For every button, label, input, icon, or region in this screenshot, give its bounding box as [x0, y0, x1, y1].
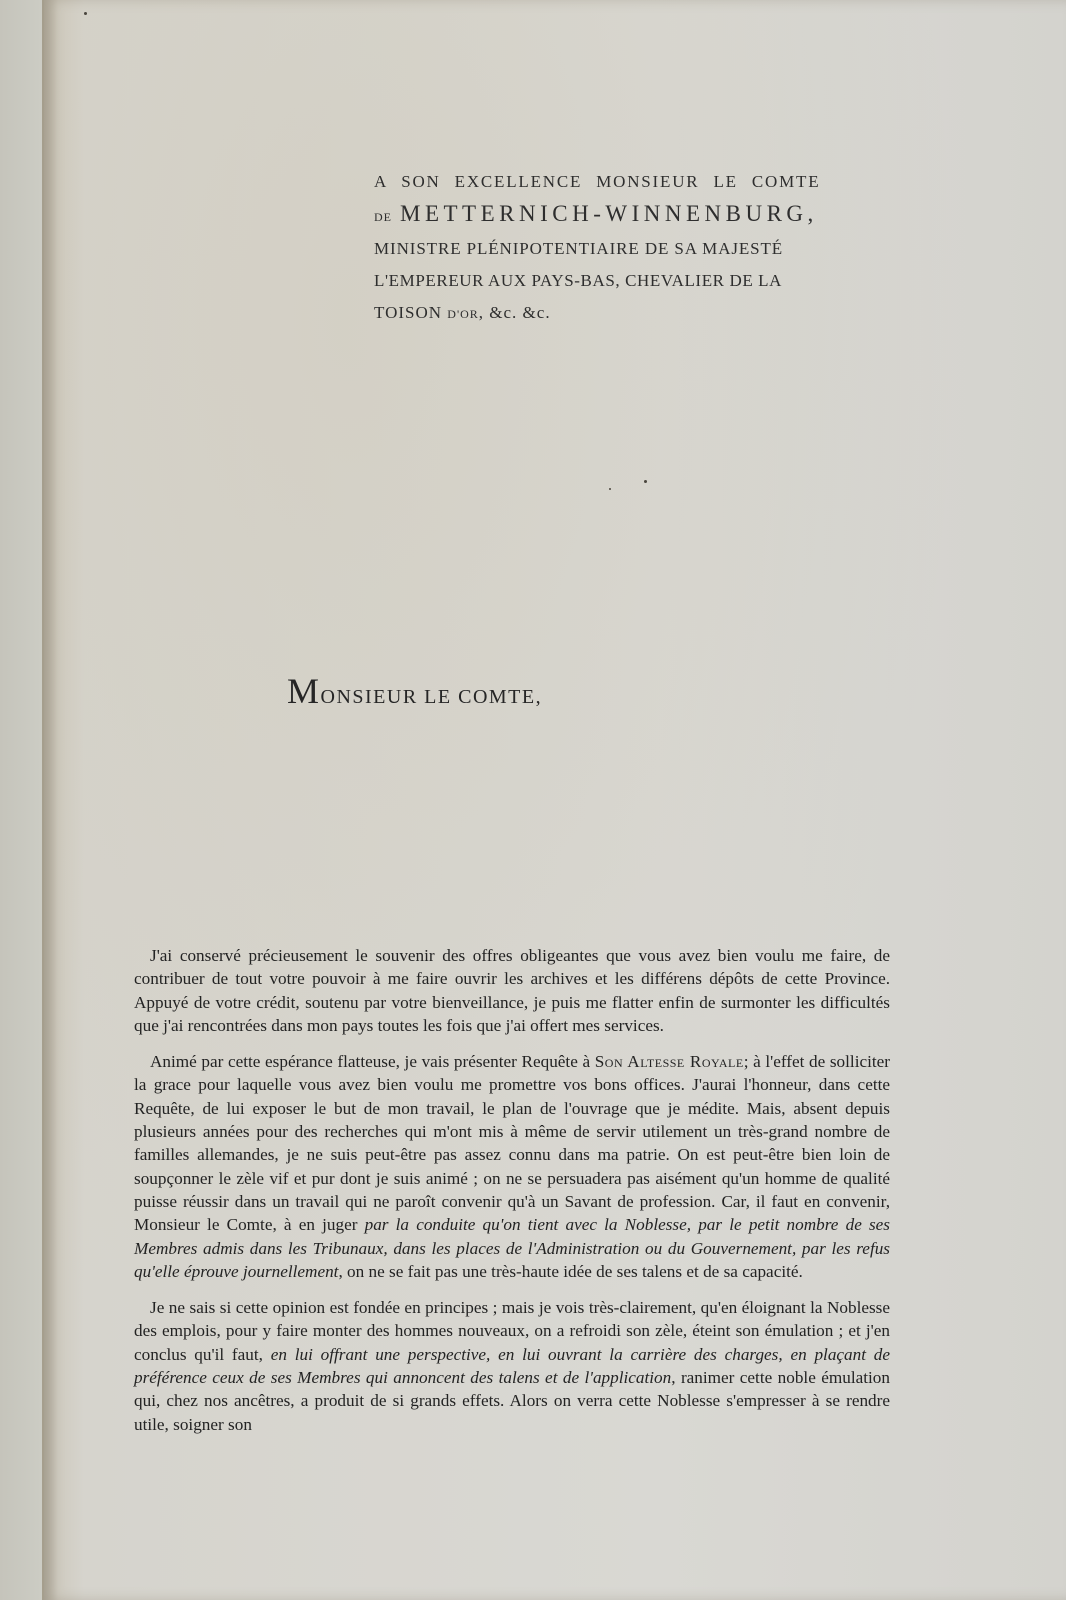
paragraph-2-text-a: Animé par cette espérance flatteuse, je …	[150, 1052, 595, 1071]
salutation: MONSIEUR LE COMTE,	[287, 670, 542, 712]
letter-body: J'ai conservé précieusement le souvenir …	[134, 944, 890, 1449]
paragraph-2-smallcaps: Son Altesse Royale	[595, 1052, 744, 1071]
paragraph-3: Je ne sais si cette opinion est fondée e…	[134, 1296, 890, 1436]
salutation-rest: ONSIEUR LE COMTE,	[321, 686, 543, 708]
heading-name: METTERNICH-WINNENBURG,	[400, 201, 818, 226]
dedication-heading: A SON EXCELLENCE MONSIEUR LE COMTE DEMET…	[374, 166, 894, 330]
heading-dor: D'OR	[447, 307, 479, 321]
heading-line-1: A SON EXCELLENCE MONSIEUR LE COMTE	[374, 166, 894, 198]
heading-etc: , &c. &c.	[479, 303, 551, 322]
heading-toison: TOISON	[374, 303, 442, 322]
salutation-initial: M	[287, 671, 321, 711]
paragraph-2: Animé par cette espérance flatteuse, je …	[134, 1050, 890, 1283]
paragraph-1: J'ai conservé précieusement le souvenir …	[134, 944, 890, 1037]
paragraph-2-text-b: ; à l'effet de solliciter la grace pour …	[134, 1052, 890, 1234]
paper-speck	[609, 488, 611, 490]
paragraph-2-text-c: , on ne se fait pas une très-haute idée …	[338, 1262, 802, 1281]
heading-line-2: DEMETTERNICH-WINNENBURG,	[374, 198, 894, 233]
heading-line-3: MINISTRE PLÉNIPOTENTIAIRE DE SA MAJESTÉ	[374, 233, 894, 265]
paper-speck	[84, 12, 87, 15]
paper-speck	[644, 480, 647, 483]
heading-line-5: TOISON D'OR, &c. &c.	[374, 297, 894, 330]
heading-prefix: DE	[374, 210, 392, 224]
heading-line-4: L'EMPEREUR AUX PAYS-BAS, CHEVALIER DE LA	[374, 265, 894, 297]
